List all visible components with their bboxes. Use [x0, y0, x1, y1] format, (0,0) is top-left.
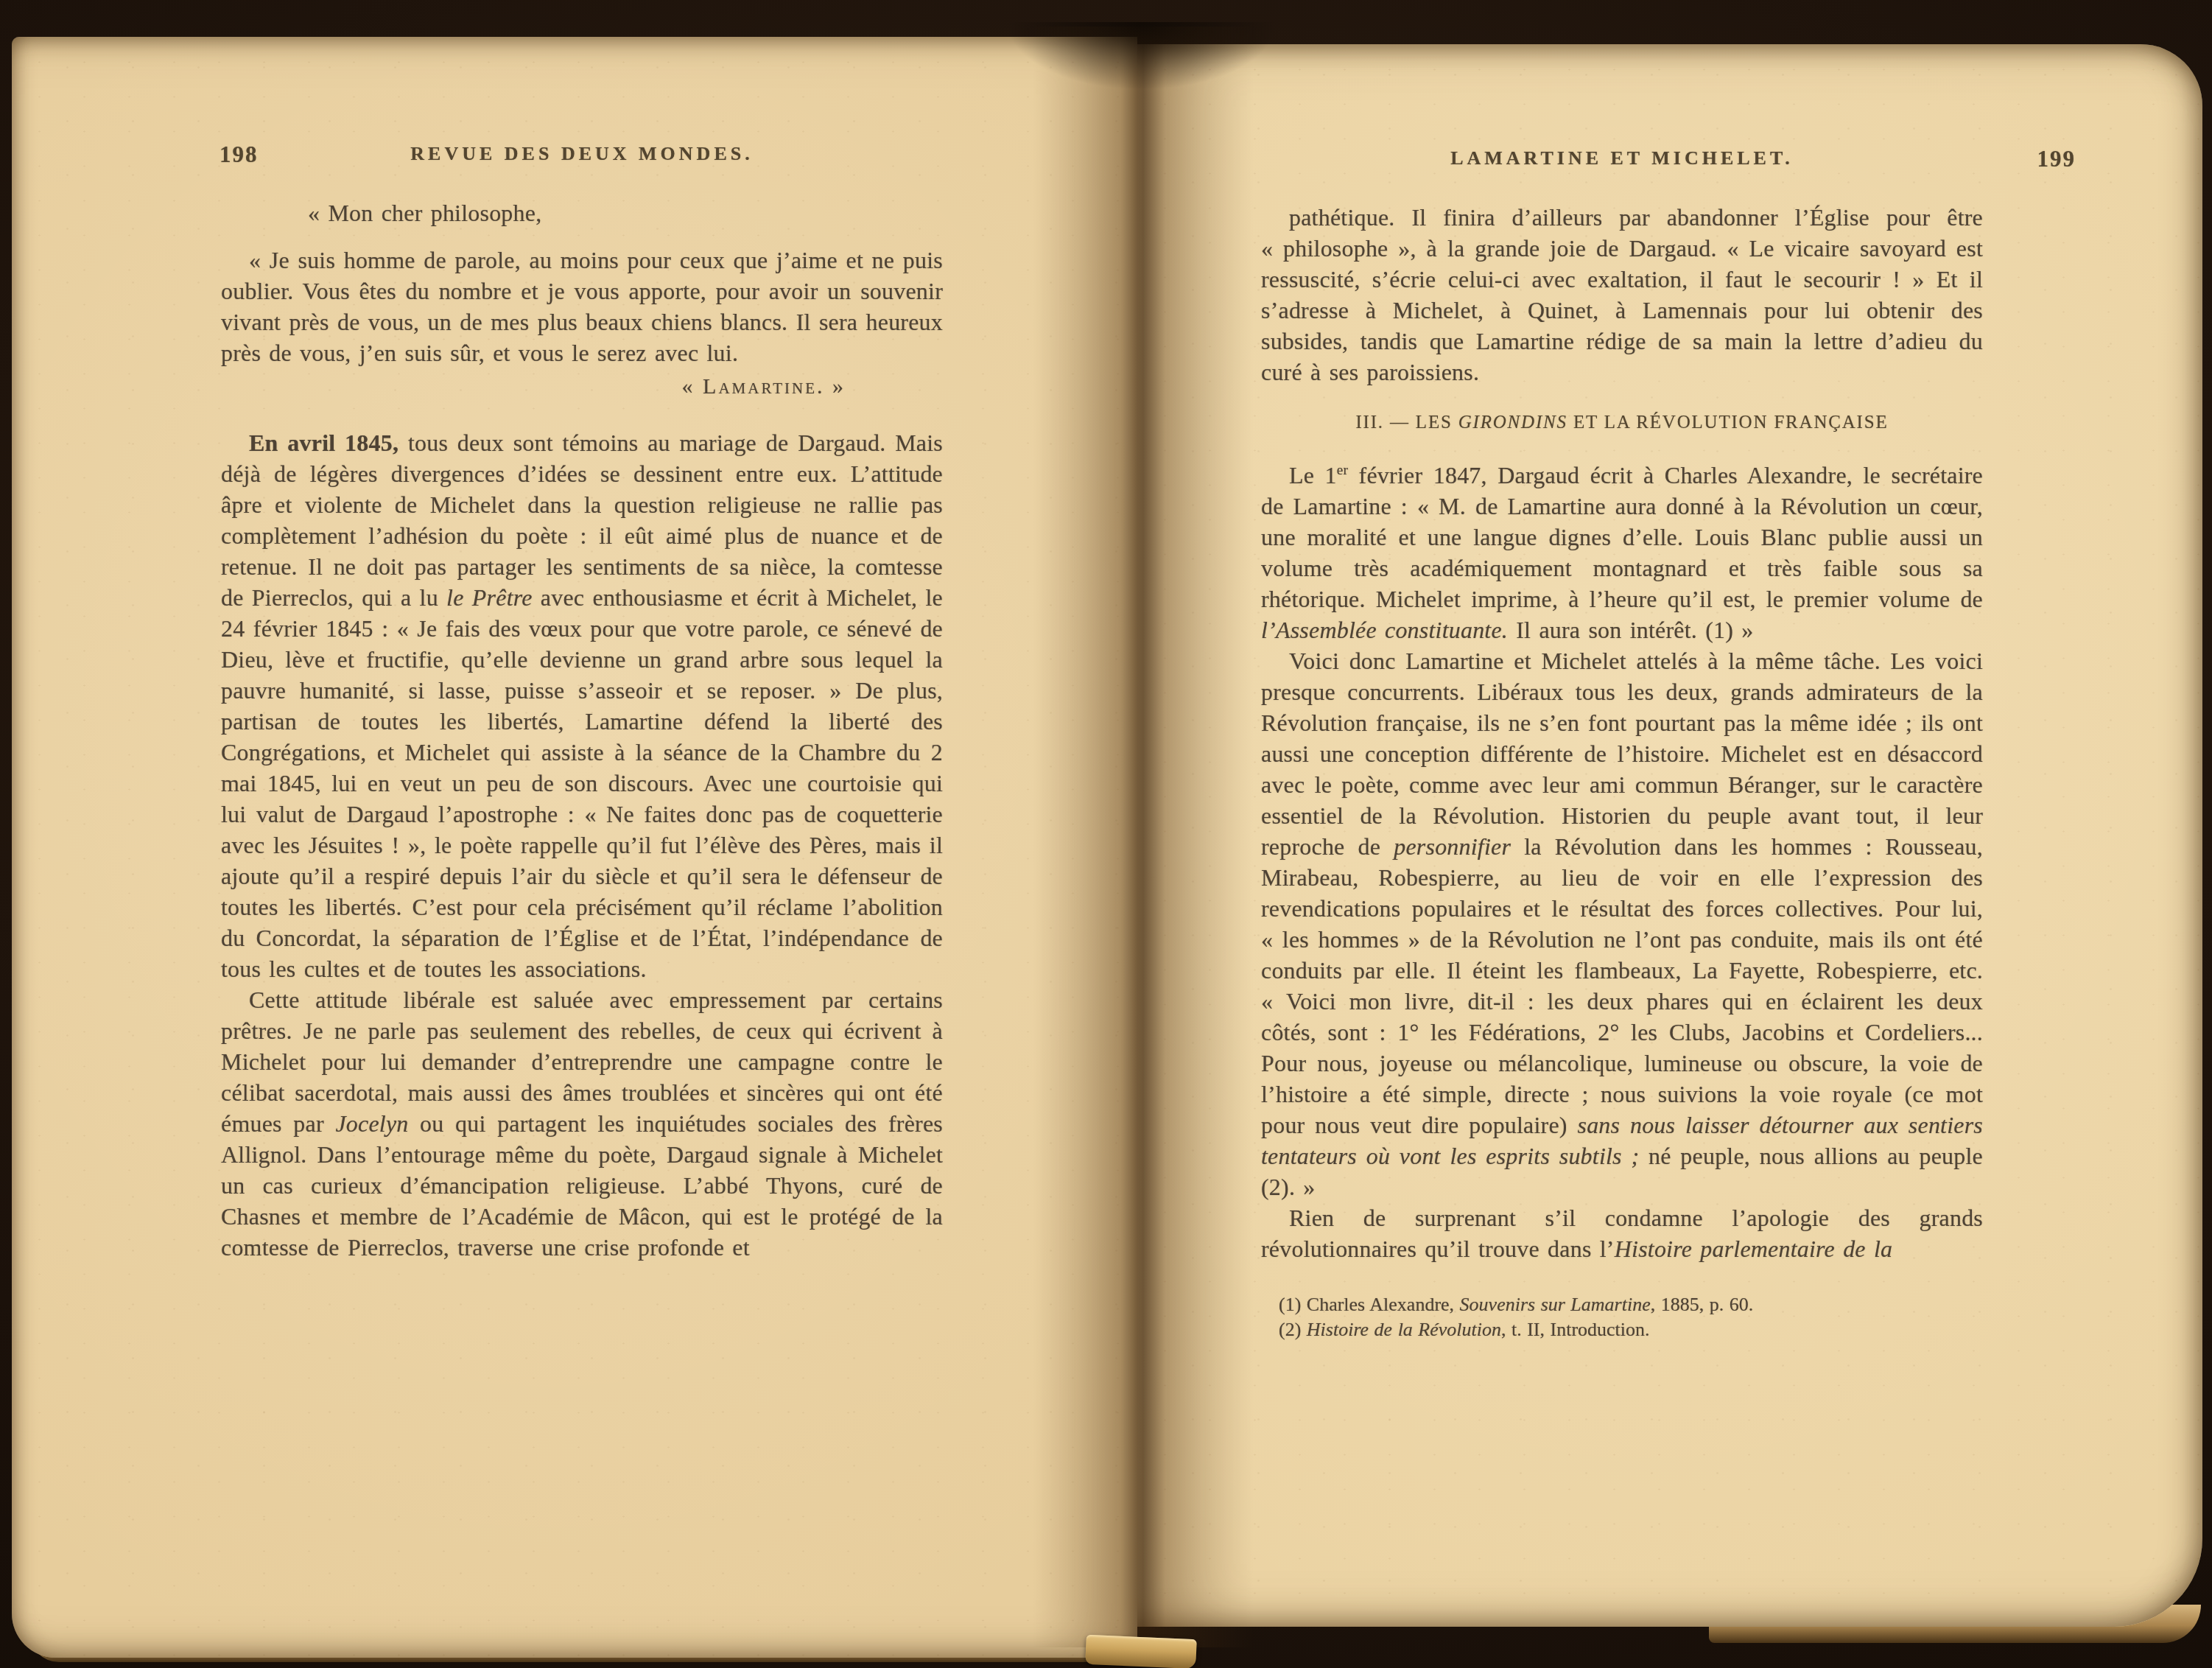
text-run: (1) Charles Alexandre,: [1279, 1294, 1460, 1315]
italic-text: Histoire de la Révolution: [1307, 1319, 1501, 1340]
paragraph: « Je suis homme de parole, au moins pour…: [221, 245, 943, 368]
text-run: février 1847, Dargaud écrit à Charles Al…: [1261, 462, 1983, 612]
book-spread: 198 REVUE DES DEUX MONDES. « Mon cher ph…: [0, 0, 2212, 1668]
italic-text: personnifier: [1394, 833, 1511, 860]
text-run: III. — LES: [1355, 413, 1458, 432]
paragraph: Rien de surprenant s’il condamne l’apolo…: [1261, 1202, 1983, 1264]
text-run: Il aura son intérêt. (1) »: [1508, 617, 1754, 643]
paragraph: (1) Charles Alexandre, Souvenirs sur Lam…: [1279, 1292, 1983, 1317]
body-text-right: Le 1er février 1847, Dargaud écrit à Cha…: [1261, 460, 1983, 1264]
paragraph: pathétique. Il finira d’ailleurs par aba…: [1261, 202, 1983, 388]
italic-text: l’Assemblée constituante.: [1261, 617, 1508, 643]
paragraph: Cette attitude libérale est saluée avec …: [221, 984, 943, 1263]
text-run: Voici donc Lamartine et Michelet attelés…: [1261, 648, 1983, 860]
italic-text: Jocelyn: [335, 1110, 408, 1137]
text-run: Le 1: [1289, 462, 1337, 488]
body-text-left: En avril 1845, tous deux sont témoins au…: [221, 427, 943, 1263]
body-text-right-top: pathétique. Il finira d’ailleurs par aba…: [1261, 202, 1983, 388]
bold-text: En avril 1845,: [249, 430, 398, 456]
italic-text: Souvenirs sur Lamartine: [1460, 1294, 1651, 1315]
page-number-right: 199: [2037, 146, 2076, 172]
gutter-page-stack: [1085, 1635, 1197, 1668]
text-run: « Je suis homme de parole, au moins pour…: [221, 247, 943, 366]
page-header-right: LAMARTINE ET MICHELET. 199: [1261, 144, 1983, 177]
page-left: 198 REVUE DES DEUX MONDES. « Mon cher ph…: [12, 37, 1137, 1658]
text-run: (2): [1279, 1319, 1307, 1340]
footnotes: (1) Charles Alexandre, Souvenirs sur Lam…: [1261, 1292, 1983, 1342]
letter-signature: « Lamartine. »: [221, 371, 943, 402]
text-run: avec enthousiasme et écrit à Michelet, l…: [221, 584, 943, 982]
paragraph: En avril 1845, tous deux sont témoins au…: [221, 427, 943, 984]
text-run: « Mon cher philosophe,: [308, 200, 541, 226]
text-run: ET LA RÉVOLUTION FRANÇAISE: [1567, 413, 1889, 432]
italic-text: Histoire parlementaire de la: [1615, 1236, 1893, 1262]
italic-text: GIRONDINS: [1458, 413, 1567, 432]
paragraph: Le 1er février 1847, Dargaud écrit à Cha…: [1261, 460, 1983, 645]
text-run: pathétique. Il finira d’ailleurs par aba…: [1261, 204, 1983, 385]
running-title-right: LAMARTINE ET MICHELET.: [1261, 144, 1983, 169]
page-right: LAMARTINE ET MICHELET. 199 pathétique. I…: [1137, 44, 2202, 1627]
section-heading: III. — LES GIRONDINS ET LA RÉVOLUTION FR…: [1261, 411, 1983, 435]
text-run: er: [1337, 463, 1348, 478]
text-run: , t. II, Introduction.: [1501, 1319, 1650, 1340]
italic-text: le Prêtre: [446, 584, 533, 611]
paragraph: « Mon cher philosophe,: [221, 197, 943, 228]
paragraph: Voici donc Lamartine et Michelet attelés…: [1261, 645, 1983, 1202]
page-header-left: 198 REVUE DES DEUX MONDES.: [221, 140, 943, 172]
page-left-content: 198 REVUE DES DEUX MONDES. « Mon cher ph…: [221, 140, 943, 1263]
running-title-left: REVUE DES DEUX MONDES.: [221, 140, 943, 165]
letter-text: « Mon cher philosophe,« Je suis homme de…: [221, 197, 943, 368]
paragraph: (2) Histoire de la Révolution, t. II, In…: [1279, 1317, 1983, 1342]
text-run: la Révolution dans les hommes : Rousseau…: [1261, 833, 1983, 1138]
page-number-left: 198: [220, 141, 259, 168]
text-run: , 1885, p. 60.: [1651, 1294, 1754, 1315]
page-right-content: LAMARTINE ET MICHELET. 199 pathétique. I…: [1261, 144, 1983, 1342]
